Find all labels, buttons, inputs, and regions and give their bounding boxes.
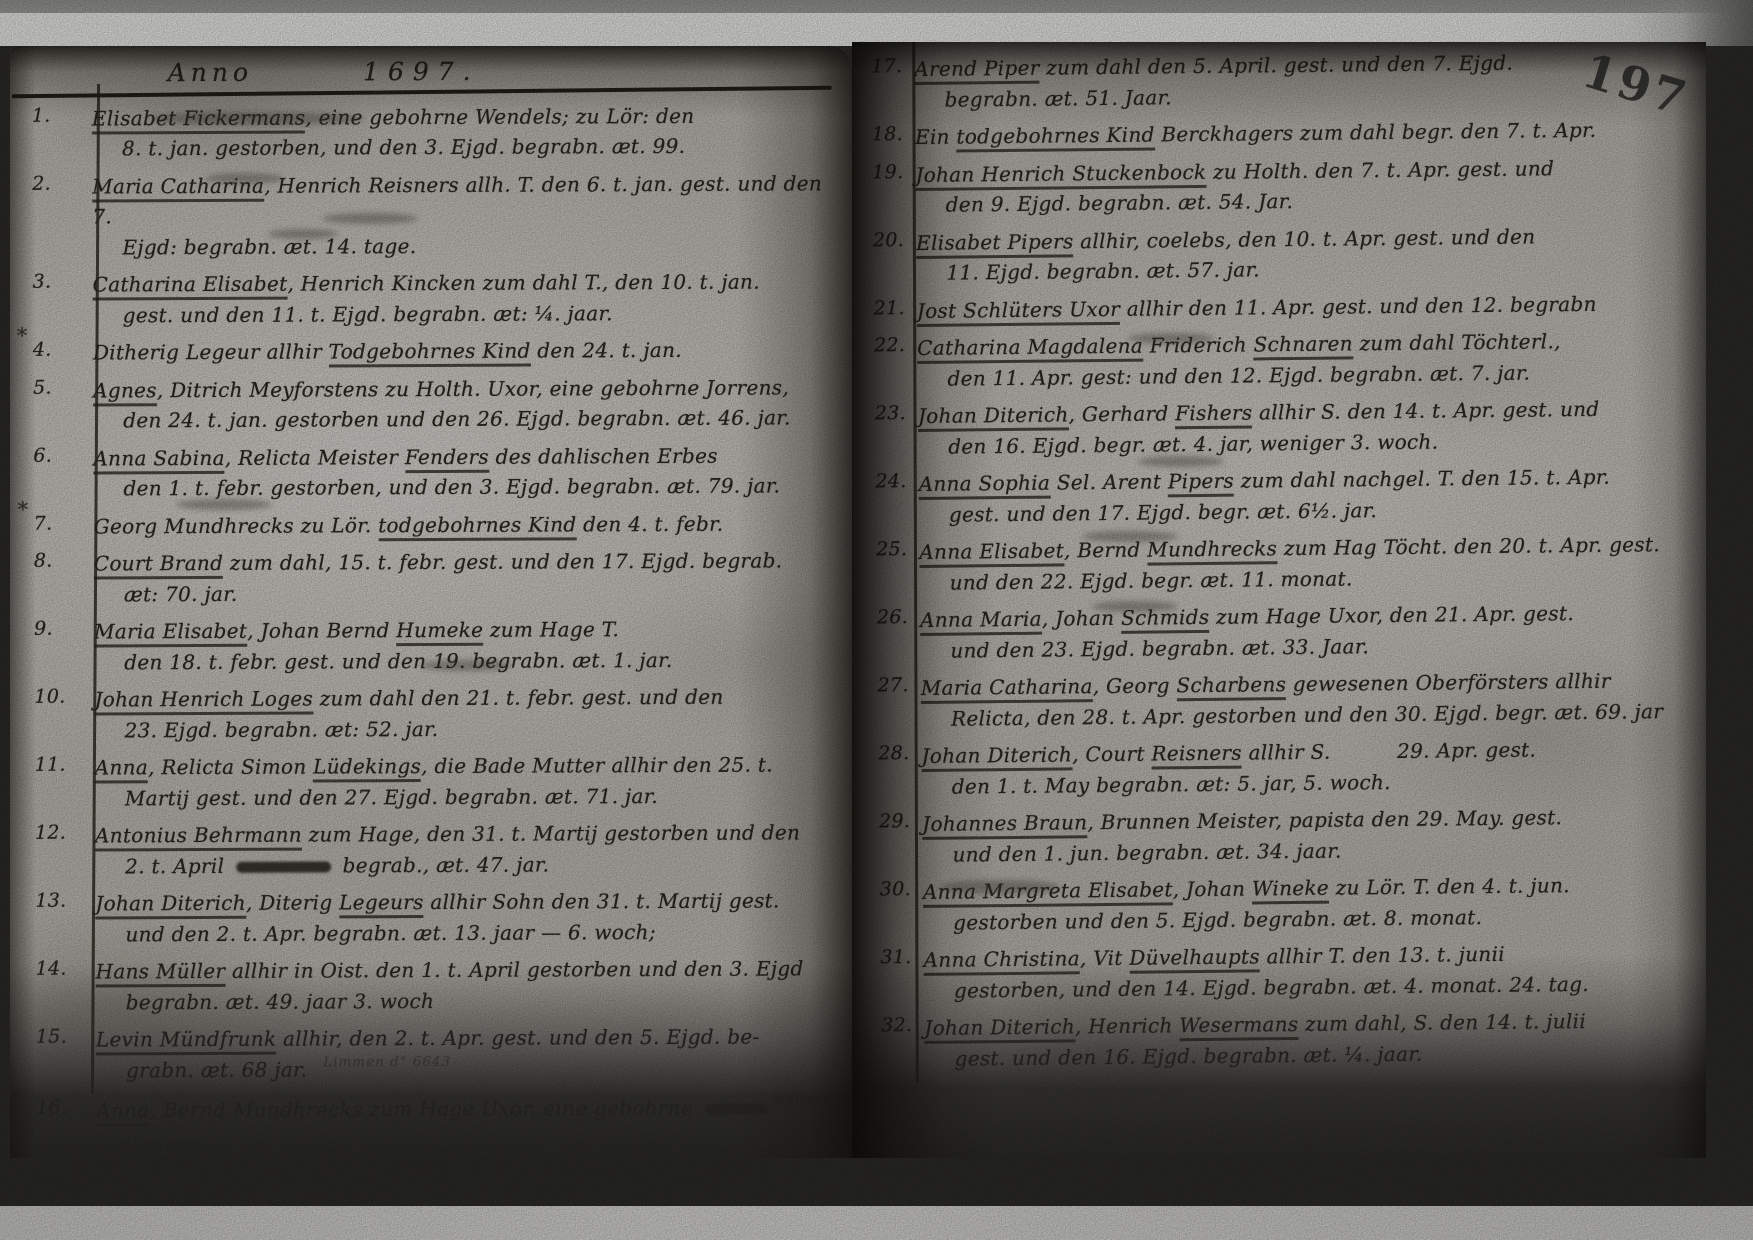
entry-number: 6. bbox=[10, 443, 94, 504]
entry-line: Johan Henrich Loges zum dahl den 21. t. … bbox=[94, 681, 838, 715]
entry-number: 13. bbox=[11, 888, 95, 949]
interlinear-note: Limmen d° 6643 bbox=[307, 1053, 451, 1070]
underlined-name: Wesermans bbox=[1179, 1012, 1298, 1041]
text-segment: , Court bbox=[1072, 742, 1152, 767]
register-entry: 27.Maria Catharina, Georg Scharbens gewe… bbox=[859, 665, 1706, 735]
entry-text: Georg Mundhrecks zu Lör. todgebohrnes Ki… bbox=[94, 508, 852, 542]
register-entry: 12.Antonius Behrmann zum Hage, den 31. t… bbox=[11, 817, 852, 882]
entry-text: Anna Christina, Vit Düvelhaupts allhir T… bbox=[923, 937, 1706, 1006]
left-page-content: Anno 1697. 1.Elisabet Fickermans, eine g… bbox=[10, 46, 852, 1158]
register-entry: 15.Levin Mündfrunk allhir, den 2. t. Apr… bbox=[12, 1021, 852, 1089]
text-segment: allhir, den 2. t. Apr. gest. und den 5. … bbox=[276, 1025, 759, 1051]
register-entry: 28.Johan Diterich, Court Reisners allhir… bbox=[859, 733, 1706, 803]
entry-text: Johannes Braun, Brunnen Meister, papista… bbox=[922, 801, 1706, 870]
text-segment: , Vit bbox=[1080, 946, 1130, 971]
underlined-name: Maria Elisabet bbox=[94, 619, 247, 648]
text-segment: des dahlischen Erbes bbox=[489, 443, 718, 468]
underlined-name: Anna Sabina bbox=[93, 445, 225, 474]
text-segment: gestorben, und den 14. Ejgd. begrabn. æt… bbox=[954, 971, 1589, 1002]
left-entries: 1.Elisabet Fickermans, eine gebohrne Wen… bbox=[10, 100, 852, 1158]
underlined-name: Johan Diterich bbox=[95, 891, 246, 920]
text-segment: , Bernd Mundhrecks zum Hage Uxor, eine g… bbox=[150, 1096, 700, 1122]
entry-number: 27. bbox=[859, 673, 922, 735]
text-segment: begrabn. æt. 51. Jaar. bbox=[944, 85, 1171, 111]
register-entry: 20.Elisabet Pipers allhir, coelebs, den … bbox=[854, 219, 1706, 289]
register-entry: 8.Court Brand zum dahl, 15. t. febr. ges… bbox=[10, 545, 852, 610]
entry-line: Ditherig Legeur allhir Todgebohrnes Kind… bbox=[93, 334, 837, 368]
text-segment: , die Bade Mutter allhir den 25. t. bbox=[421, 753, 773, 779]
entry-text: Levin Mündfrunk allhir, den 2. t. Apr. g… bbox=[96, 1021, 852, 1088]
text-segment: zum dahl den 5. April. gest. und den 7. … bbox=[1039, 51, 1513, 80]
underlined-name: todgebohrnes Kind bbox=[378, 512, 576, 541]
entry-line: gest. und den 11. t. Ejgd. begrabn. æt: … bbox=[93, 297, 837, 331]
text-segment: und den 2. t. Apr. begrabn. æt. 13. jaar… bbox=[125, 920, 656, 946]
entry-text: Johan Henrich Loges zum dahl den 21. t. … bbox=[94, 681, 852, 745]
underlined-name: Mundhrecks bbox=[1147, 536, 1277, 565]
entry-line: und den 2. t. Apr. begrabn. æt. 13. jaar… bbox=[95, 916, 839, 950]
entry-number: 32. bbox=[862, 1013, 925, 1075]
underlined-name: Düvelhaupts bbox=[1129, 944, 1260, 973]
underlined-name: Anna Elisabet bbox=[919, 538, 1064, 568]
text-segment: allhir T. den 13. t. junii bbox=[1260, 942, 1505, 969]
entry-number: 11. bbox=[11, 752, 95, 813]
underlined-name: Jost Schlüters Uxor bbox=[917, 296, 1121, 326]
register-entry: 18.Ein todgebohrnes Kind Berckhagers zum… bbox=[853, 114, 1706, 153]
entry-number: 19. bbox=[853, 159, 916, 221]
entry-number: 26. bbox=[858, 605, 921, 667]
text-segment: 8. t. jan. gestorben, und den 3. Ejgd. b… bbox=[122, 134, 685, 160]
entry-line: Ein todgebohrnes Kind Berckhagers zum da… bbox=[915, 114, 1693, 153]
entry-line: grabn. æt. 68 jar. Limmen d° 6643 bbox=[96, 1052, 840, 1089]
entry-text: Anna Margreta Elisabet, Johan Wineke zu … bbox=[923, 869, 1706, 938]
entry-line: den 1. t. febr. gestorben, und den 3. Ej… bbox=[93, 470, 837, 504]
text-segment: den 1. t. May begrabn. æt: 5. jar, 5. wo… bbox=[952, 770, 1391, 799]
register-entry: 1.Elisabet Fickermans, eine gebohrne Wen… bbox=[10, 100, 850, 165]
text-segment: zum Hage T. bbox=[483, 617, 619, 642]
text-segment: den 9. Ejgd. begrabn. æt. 54. Jar. bbox=[946, 189, 1294, 217]
text-segment: 23. Ejgd. begrabn. æt: 52. jar. bbox=[125, 716, 439, 741]
text-segment: 2. t. April bbox=[125, 853, 231, 877]
entry-text: Anna Maria, Johan Schmids zum Hage Uxor,… bbox=[920, 597, 1706, 666]
register-entry: 31.Anna Christina, Vit Düvelhaupts allhi… bbox=[861, 937, 1706, 1007]
year-label: 1697. bbox=[363, 56, 480, 86]
text-segment: zum Hag Töcht. den 20. t. Apr. gest. bbox=[1277, 532, 1660, 560]
entry-text: Ein todgebohrnes Kind Berckhagers zum da… bbox=[915, 114, 1706, 153]
entry-number: 9. bbox=[10, 616, 94, 677]
margin-star-mark: * bbox=[17, 324, 28, 348]
entry-number: 31. bbox=[861, 945, 924, 1007]
register-entry: 30.Anna Margreta Elisabet, Johan Wineke … bbox=[861, 869, 1706, 939]
underlined-name: Anna bbox=[96, 1098, 149, 1126]
text-segment: Relicta, den 28. t. Apr. gestorben und d… bbox=[951, 699, 1663, 730]
text-segment: gestorben und den 5. Ejgd. begrabn. æt. … bbox=[953, 905, 1482, 935]
text-segment: begrabn. æt. 49. jaar 3. woch bbox=[126, 988, 434, 1013]
entry-text: Anna, Relicta Simon Lüdekings, die Bade … bbox=[95, 749, 852, 813]
entry-number: 21. bbox=[855, 295, 917, 326]
text-segment: zum dahl, S. den 14. t. julii bbox=[1298, 1009, 1586, 1036]
underlined-name: Legeurs bbox=[339, 890, 424, 918]
text-segment: zum dahl, 15. t. febr. gest. und den 17.… bbox=[223, 548, 782, 574]
register-entry: 32.Johan Diterich, Henrich Wesermans zum… bbox=[862, 1005, 1706, 1075]
entry-text: Johan Diterich, Henrich Wesermans zum da… bbox=[924, 1005, 1706, 1074]
underlined-name: Antonius Behrmann bbox=[95, 823, 302, 852]
text-segment: und den 1. jun. begrabn. æt. 34. jaar. bbox=[952, 838, 1341, 866]
entry-text: Maria Elisabet, Johan Bernd Humeke zum H… bbox=[94, 613, 852, 677]
text-segment: Friderich bbox=[1143, 332, 1254, 357]
underlined-name: Johan Diterich bbox=[921, 742, 1072, 772]
underlined-name: Hans Müller bbox=[96, 959, 226, 988]
text-segment: , Ditrich Meyforstens zu Holth. Uxor, ei… bbox=[157, 375, 789, 402]
text-segment: den 24. t. jan. gestorben und den 26. Ej… bbox=[123, 405, 791, 432]
text-segment: allhir S. den 14. t. Apr. gest. und bbox=[1252, 397, 1599, 425]
text-segment: , Bernd bbox=[1064, 538, 1147, 563]
entry-number: *4. bbox=[10, 337, 93, 368]
underlined-name: Elisabet Fickermans bbox=[92, 105, 305, 134]
underlined-name: Catharina Elisabet bbox=[93, 272, 288, 301]
entry-text: Anna Sabina, Relicta Meister Fenders des… bbox=[93, 440, 851, 504]
underlined-name: Maria Catharina bbox=[921, 674, 1093, 704]
entry-line: 8. t. jan. gestorben, und den 3. Ejgd. b… bbox=[92, 130, 836, 164]
entry-text: Catharina Elisabet, Henrich Kincken zum … bbox=[93, 266, 851, 330]
text-segment: zum dahl nachgel. T. den 15. t. Apr. bbox=[1234, 465, 1610, 493]
entry-line: Levin Mündfrunk allhir, den 2. t. Apr. g… bbox=[96, 1021, 840, 1055]
entry-number: 5. bbox=[10, 375, 93, 436]
text-segment: grabn. æt. 68 jar. bbox=[126, 1057, 307, 1082]
page-header: Anno 1697. bbox=[168, 50, 850, 91]
entry-text: Elisabet Pipers allhir, coelebs, den 10.… bbox=[916, 219, 1706, 288]
ink-blot bbox=[236, 861, 331, 872]
entry-line: Catharina Elisabet, Henrich Kincken zum … bbox=[93, 266, 837, 300]
register-entry: 26.Anna Maria, Johan Schmids zum Hage Ux… bbox=[858, 597, 1706, 667]
entry-text: Jost Schlüters Uxor allhir den 11. Apr. … bbox=[917, 287, 1706, 326]
right-page: 17.Arend Piper zum dahl den 5. April. ge… bbox=[852, 42, 1706, 1158]
register-entry: 11.Anna, Relicta Simon Lüdekings, die Ba… bbox=[11, 749, 852, 814]
register-entry: 9.Maria Elisabet, Johan Bernd Humeke zum… bbox=[10, 613, 852, 678]
entry-number: 14. bbox=[12, 956, 96, 1017]
entry-number: 8. bbox=[10, 548, 94, 609]
entry-text: Antonius Behrmann zum Hage, den 31. t. M… bbox=[95, 817, 852, 881]
underlined-name: Johan Diterich bbox=[918, 402, 1069, 432]
underlined-name: Lüdekings bbox=[313, 754, 421, 782]
underlined-name: Humeke bbox=[396, 618, 483, 646]
underlined-name: Schmids bbox=[1121, 605, 1210, 634]
entry-text: Ditherig Legeur allhir Todgebohrnes Kind… bbox=[93, 334, 851, 368]
underlined-name: Anna Maria bbox=[920, 607, 1042, 636]
entry-text: Anna Elisabet, Bernd Mundhrecks zum Hag … bbox=[919, 529, 1706, 598]
text-segment: zum Hage, den 31. t. Martij gestorben un… bbox=[302, 820, 800, 846]
register-entry: 17.Arend Piper zum dahl den 5. April. ge… bbox=[852, 46, 1706, 116]
register-entry: 13.Johan Diterich, Diterig Legeurs allhi… bbox=[11, 885, 852, 950]
text-segment: Georg Mundhrecks zu Lör. bbox=[94, 513, 379, 538]
text-segment: und den 22. Ejgd. begr. æt. 11. monat. bbox=[950, 566, 1353, 594]
entry-line: Maria Elisabet, Johan Bernd Humeke zum H… bbox=[94, 613, 838, 647]
text-segment: gewesenen Oberförsters allhir bbox=[1286, 669, 1611, 696]
entry-line: Anna, Relicta Simon Lüdekings, die Bade … bbox=[95, 749, 839, 783]
entry-text: Maria Catharina, Georg Scharbens gewesen… bbox=[921, 665, 1706, 734]
underlined-name: Court Brand bbox=[94, 551, 223, 580]
entry-line: begrabn. æt. 49. jaar 3. woch bbox=[96, 984, 840, 1018]
text-segment: Sel. Arent bbox=[1050, 469, 1168, 494]
entry-number: 2. bbox=[10, 171, 93, 263]
underlined-name: Elisabet Pipers bbox=[916, 229, 1074, 259]
underlined-name: todgebohrnes Kind bbox=[956, 122, 1155, 152]
text-segment: , eine gebohrne Wendels; zu Lör: den bbox=[305, 103, 694, 129]
underlined-name: Anna Sophia bbox=[919, 471, 1051, 500]
left-page: Anno 1697. 1.Elisabet Fickermans, eine g… bbox=[10, 46, 852, 1158]
right-page-content: 17.Arend Piper zum dahl den 5. April. ge… bbox=[852, 42, 1706, 1158]
entry-text: Catharina Magdalena Friderich Schnaren z… bbox=[917, 325, 1706, 394]
text-segment: Ditherig Legeur allhir bbox=[93, 339, 329, 364]
text-segment: den 18. t. febr. gest. und den 19. begra… bbox=[124, 647, 672, 673]
scanner-bottom-strip bbox=[0, 1206, 1753, 1240]
entry-line: Hans Müller allhir in Oist. den 1. t. Ap… bbox=[96, 953, 840, 987]
entry-text: Johan Diterich, Gerhard Fishers allhir S… bbox=[918, 393, 1706, 462]
register-entry: 14.Hans Müller allhir in Oist. den 1. t.… bbox=[12, 953, 852, 1018]
entry-text: Anna, Bernd Mundhrecks zum Hage Uxor, ei… bbox=[96, 1092, 852, 1158]
entry-line: Jost Schlüters Uxor allhir den 11. Apr. … bbox=[917, 287, 1695, 326]
underlined-name: Johan Diterich bbox=[924, 1014, 1075, 1044]
text-segment: , Relicta Simon bbox=[148, 755, 313, 780]
entry-line: Court Brand zum dahl, 15. t. febr. gest.… bbox=[94, 545, 838, 579]
anno-label: Anno bbox=[168, 57, 253, 86]
entry-number: 30. bbox=[861, 877, 924, 939]
entry-line: den 24. t. jan. gestorben und den 26. Ej… bbox=[93, 402, 837, 436]
underlined-name: Johannes Braun bbox=[922, 810, 1088, 840]
text-segment: zu Holth. den 7. t. Apr. gest. und bbox=[1206, 156, 1554, 184]
entry-text: Hans Müller allhir in Oist. den 1. t. Ap… bbox=[96, 953, 852, 1017]
underlined-name: Fenders bbox=[405, 444, 489, 472]
underlined-name: Schnaren bbox=[1253, 331, 1353, 360]
entry-line: Antonius Behrmann zum Hage, den 31. t. M… bbox=[95, 817, 839, 851]
text-segment: gest. und den 16. Ejgd. begrabn. æt. ¼. … bbox=[955, 1041, 1423, 1070]
entry-text: Johan Diterich, Diterig Legeurs allhir S… bbox=[95, 885, 852, 949]
entry-line: Agnes, Ditrich Meyforstens zu Holth. Uxo… bbox=[93, 372, 837, 406]
entry-number: 25. bbox=[857, 537, 920, 599]
margin-star-mark: * bbox=[18, 497, 29, 521]
register-entry: *4.Ditherig Legeur allhir Todgebohrnes K… bbox=[10, 334, 851, 368]
entry-line: Ejgd: begrabn. æt. 14. tage. bbox=[92, 229, 836, 263]
register-entry: 29.Johannes Braun, Brunnen Meister, papi… bbox=[860, 801, 1706, 871]
underlined-name: Arend Piper bbox=[914, 56, 1040, 85]
text-segment: begrab., æt. 47. jar. bbox=[336, 852, 549, 877]
text-segment: , Georg bbox=[1093, 673, 1177, 698]
entry-line: 2. t. April begrab., æt. 47. jar. bbox=[95, 848, 839, 882]
entry-text: Johan Henrich Stuckenbock zu Holth. den … bbox=[915, 151, 1706, 220]
text-segment: Martij gest. und den 27. Ejgd. begrabn. … bbox=[125, 784, 658, 810]
entry-number: 29. bbox=[860, 809, 923, 871]
register-entry: 5.Agnes, Ditrich Meyforstens zu Holth. U… bbox=[10, 372, 851, 437]
text-segment: den 1. t. febr. gestorben, und den 3. Ej… bbox=[123, 473, 780, 500]
underlined-name: Anna Christina bbox=[923, 946, 1080, 976]
text-segment: Berckhagers zum dahl begr. den 7. t. Apr… bbox=[1155, 118, 1597, 147]
entry-number: 3. bbox=[10, 269, 93, 330]
entry-number: 20. bbox=[854, 227, 917, 289]
entry-number: 12. bbox=[11, 820, 95, 881]
underlined-name: Reisners bbox=[1151, 741, 1242, 770]
underlined-name: Johan Henrich Stuckenbock bbox=[915, 159, 1206, 190]
text-segment: , Diterig bbox=[246, 890, 339, 914]
underlined-name: Catharina Magdalena bbox=[917, 334, 1143, 364]
text-segment: , Henrich bbox=[1075, 1013, 1180, 1038]
entry-text: Johan Diterich, Court Reisners allhir S.… bbox=[921, 733, 1706, 802]
entry-number: 22. bbox=[855, 333, 918, 395]
entry-text: Agnes, Ditrich Meyforstens zu Holth. Uxo… bbox=[93, 372, 851, 436]
text-segment: zum dahl Töchterl., bbox=[1353, 329, 1561, 355]
entry-line: Elisabet Fickermans, eine gebohrne Wende… bbox=[92, 100, 836, 134]
underlined-name: Scharbens bbox=[1176, 672, 1286, 701]
entry-text: Court Brand zum dahl, 15. t. febr. gest.… bbox=[94, 545, 852, 609]
entry-line: Anna Sabina, Relicta Meister Fenders des… bbox=[93, 440, 837, 474]
interlinear-note: Möllers bbox=[772, 1092, 831, 1108]
entry-number: 28. bbox=[859, 741, 922, 803]
entry-line: æt: 70. jar. bbox=[94, 576, 838, 610]
register-entry: 16.Anna, Bernd Mundhrecks zum Hage Uxor,… bbox=[12, 1092, 852, 1158]
entry-line: 23. Ejgd. begrabn. æt: 52. jar. bbox=[94, 712, 838, 746]
underlined-name: Todgebohrnes Kind bbox=[329, 339, 531, 368]
register-entry: 6.Anna Sabina, Relicta Meister Fenders d… bbox=[10, 440, 852, 505]
text-segment: allhir in Oist. den 1. t. April gestorbe… bbox=[225, 956, 803, 983]
text-segment: zu Lör. T. den 4. t. jun. bbox=[1329, 873, 1570, 900]
text-segment: den 11. Apr. gest: und den 12. Ejgd. beg… bbox=[947, 360, 1530, 390]
text-segment: , Gerhard bbox=[1068, 401, 1175, 426]
entry-line: Martij gest. und den 27. Ejgd. begrabn. … bbox=[95, 780, 839, 814]
text-segment: und den 23. Ejgd. begrabn. æt. 33. Jaar. bbox=[950, 634, 1369, 662]
underlined-name: Anna Margreta Elisabet bbox=[923, 877, 1173, 908]
text-segment: gest. und den 17. Ejgd. begr. æt. 6½. ja… bbox=[949, 498, 1377, 526]
entry-number: 18. bbox=[853, 122, 915, 153]
entry-number: 1. bbox=[10, 103, 92, 164]
text-segment: , Johan bbox=[1173, 876, 1252, 901]
entry-number: 17. bbox=[852, 54, 915, 116]
register-scan: Anno 1697. 1.Elisabet Fickermans, eine g… bbox=[0, 0, 1753, 1240]
underlined-name: Pipers bbox=[1168, 469, 1234, 498]
text-segment: Ein bbox=[915, 125, 957, 149]
entry-number: *7. bbox=[10, 511, 94, 542]
text-segment: den 16. Ejgd. begr. æt. 4. jar, weniger … bbox=[948, 429, 1438, 458]
text-segment: allhir Sohn den 31. t. Martij gest. bbox=[424, 888, 780, 914]
text-segment: , Henrich Kincken zum dahl T., den 10. t… bbox=[287, 270, 760, 296]
text-segment: allhir S. 29. Apr. gest. bbox=[1242, 738, 1536, 765]
underlined-name: Wineke bbox=[1252, 876, 1329, 905]
entry-line: Maria Catharina, Henrich Reisners allh. … bbox=[92, 168, 836, 232]
entry-text: Anna Sophia Sel. Arent Pipers zum dahl n… bbox=[918, 461, 1706, 530]
underlined-name: Johan Henrich Loges bbox=[94, 687, 313, 716]
entry-number: 15. bbox=[12, 1024, 96, 1088]
entry-number: 23. bbox=[856, 401, 919, 463]
register-entry: 2.Maria Catharina, Henrich Reisners allh… bbox=[10, 168, 851, 263]
entry-line: Anna, Bernd Mundhrecks zum Hage Uxor, ei… bbox=[96, 1092, 840, 1158]
register-entry: 19.Johan Henrich Stuckenbock zu Holth. d… bbox=[853, 151, 1706, 221]
right-entries: 17.Arend Piper zum dahl den 5. April. ge… bbox=[852, 46, 1706, 1075]
underlined-name: Levin Mündfrunk bbox=[96, 1027, 277, 1056]
text-segment: 11. Ejgd. begrabn. æt. 57. jar. bbox=[946, 257, 1260, 284]
underlined-name: Fishers bbox=[1175, 400, 1252, 429]
register-entry: 24.Anna Sophia Sel. Arent Pipers zum dah… bbox=[856, 461, 1706, 531]
entry-number: 10. bbox=[10, 684, 94, 745]
entry-line: Johan Diterich, Diterig Legeurs allhir S… bbox=[95, 885, 839, 919]
register-entry: 21.Jost Schlüters Uxor allhir den 11. Ap… bbox=[855, 287, 1706, 326]
underlined-name: Agnes bbox=[93, 378, 157, 406]
entry-number: 24. bbox=[856, 469, 919, 531]
corner-shade bbox=[1683, 0, 1753, 46]
text-segment: , Johan bbox=[1042, 606, 1121, 631]
text-segment: zum Hage Uxor, den 21. Apr. gest. bbox=[1209, 601, 1574, 629]
text-segment: , Johan Bernd bbox=[247, 618, 396, 643]
text-segment: allhir, coelebs, den 10. t. Apr. gest. u… bbox=[1073, 224, 1535, 253]
entry-text: Elisabet Fickermans, eine gebohrne Wende… bbox=[92, 100, 850, 164]
entry-line: den 18. t. febr. gest. und den 19. begra… bbox=[94, 644, 838, 678]
entry-text: Maria Catharina, Henrich Reisners allh. … bbox=[92, 168, 850, 263]
register-entry: 22.Catharina Magdalena Friderich Schnare… bbox=[855, 325, 1706, 395]
text-segment: Ejgd: begrabn. æt. 14. tage. bbox=[122, 234, 416, 259]
entry-number: 16. bbox=[12, 1095, 96, 1158]
text-segment: zum dahl den 21. t. febr. gest. und den bbox=[313, 685, 724, 711]
text-segment: gest. und den 11. t. Ejgd. begrabn. æt: … bbox=[123, 301, 613, 327]
entry-line: Georg Mundhrecks zu Lör. todgebohrnes Ki… bbox=[94, 508, 838, 542]
scanner-top-strip bbox=[0, 0, 1753, 13]
register-entry: 3.Catharina Elisabet, Henrich Kincken zu… bbox=[10, 266, 851, 331]
text-segment: , Relicta Meister bbox=[225, 445, 405, 470]
text-segment: allhir den 11. Apr. gest. und den 12. be… bbox=[1120, 291, 1597, 320]
register-entry: 23.Johan Diterich, Gerhard Fishers allhi… bbox=[856, 393, 1706, 463]
text-segment: den 4. t. febr. bbox=[576, 511, 723, 536]
register-entry: *7.Georg Mundhrecks zu Lör. todgebohrnes… bbox=[10, 508, 852, 542]
register-entry: 10.Johan Henrich Loges zum dahl den 21. … bbox=[10, 681, 852, 746]
register-entry: 25.Anna Elisabet, Bernd Mundhrecks zum H… bbox=[857, 529, 1706, 599]
text-segment: den 24. t. jan. bbox=[531, 338, 682, 363]
text-segment: æt: 70. jar. bbox=[124, 581, 238, 605]
underlined-name: Maria Catharina bbox=[92, 173, 264, 202]
ink-blot bbox=[705, 1104, 767, 1115]
text-segment: , Brunnen Meister, papista den 29. May. … bbox=[1087, 805, 1562, 834]
underlined-name: Anna bbox=[95, 755, 148, 783]
